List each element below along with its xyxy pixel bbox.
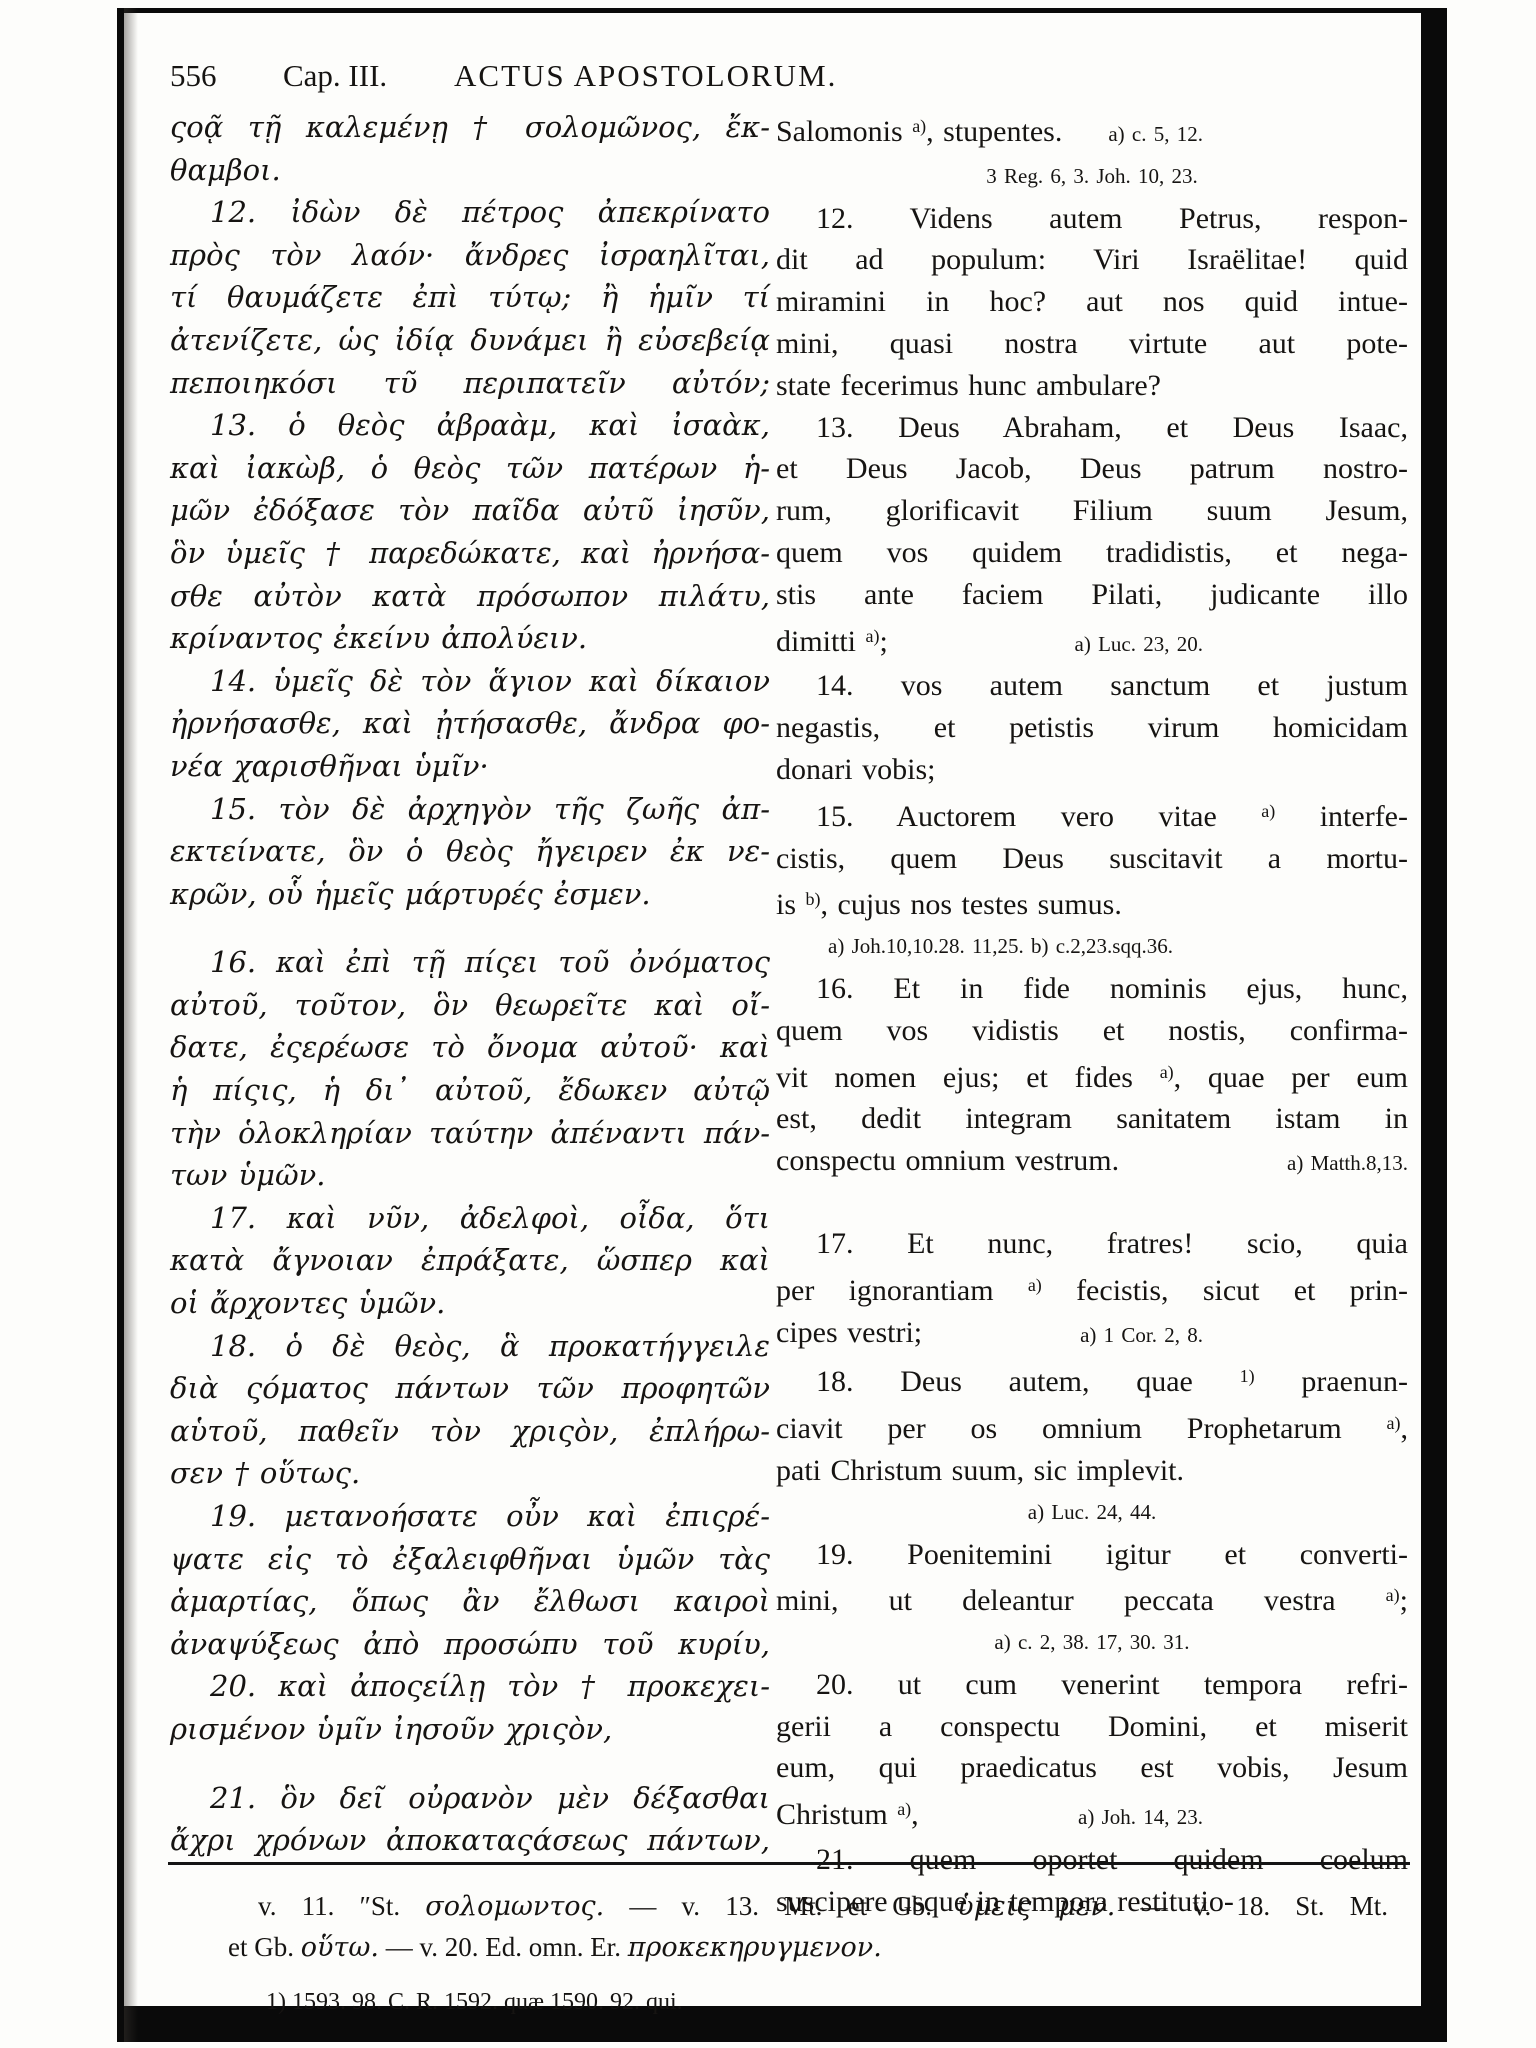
text-line: κρίναντος ἐκείνυ ἀπολύειν. bbox=[170, 617, 770, 660]
apparatus-latin-text: — v. 20. Ed. omn. Er. bbox=[379, 1932, 628, 1962]
text-line: est, dedit integram sanitatem istam in bbox=[776, 1098, 1408, 1140]
text-line: 13. Deus Abraham, et Deus Isaac, bbox=[776, 407, 1408, 449]
text-line: quem vos vidistis et nostis, confirma- bbox=[776, 1010, 1408, 1052]
footnote-marker: a) bbox=[1160, 1062, 1174, 1082]
text-line: τί θαυμάζετε ἐπὶ τύτῳ; ἢ ἡμῖν τί bbox=[170, 276, 770, 319]
text-line: 16. καὶ ἐπὶ τῇ πίςει τοῦ ὀνόματος bbox=[170, 941, 770, 984]
text-line: 12. Videns autem Petrus, respon- bbox=[776, 198, 1408, 240]
text-line: 19. Poenitemini igitur et converti- bbox=[776, 1534, 1408, 1576]
text-line: mini, ut deleantur peccata vestra a); bbox=[776, 1575, 1408, 1622]
apparatus-line: et Gb. οὕτω. — v. 20. Ed. omn. Er. προκε… bbox=[228, 1927, 1388, 1968]
text-line: διὰ ςόματος πάντων τῶν προφητῶν bbox=[170, 1367, 770, 1410]
verse-ref-note: a) Luc. 23, 20. bbox=[1075, 624, 1203, 666]
text-line: καὶ ἰακὼβ, ὁ θεὸς τῶν πατέρων ἡ- bbox=[170, 447, 770, 490]
text-line: μῶν ἐδόξασε τὸν παῖδα αὐτῦ ἰησῦν, bbox=[170, 489, 770, 532]
text-line: 20. καὶ ἀποςείλῃ τὸν † προκεχει- bbox=[170, 1665, 770, 1708]
text-line: conspectu omnium vestrum.a) Matth.8,13. bbox=[776, 1140, 1408, 1185]
footnote-marker: a) bbox=[866, 626, 880, 646]
apparatus-latin-text: v. 11. ″St. bbox=[258, 1891, 425, 1921]
text-line: 17. Et nunc, fratres! scio, quia bbox=[776, 1223, 1408, 1265]
text-line: ἡ πίςις, ἡ δι᾽ αὐτοῦ, ἔδωκεν αὐτῷ bbox=[170, 1069, 770, 1112]
text-line: πρὸς τὸν λαόν· ἄνδρες ἰσραηλῖται, bbox=[170, 234, 770, 277]
footnote-marker: a) bbox=[1028, 1275, 1042, 1295]
text-line: ἄχρι χρόνων ἀποκαταςάσεως πάντων, bbox=[170, 1819, 770, 1862]
verse-text: Salomonis a), stupentes. bbox=[776, 106, 1062, 153]
text-line: a) c. 2, 38. 17, 30. 31. bbox=[776, 1622, 1408, 1664]
footnote-marker: a) bbox=[897, 1799, 911, 1819]
text-line: cistis, quem Deus suscitavit a mortu- bbox=[776, 838, 1408, 880]
text-line: κατὰ ἄγνοιαν ἐπράξατε, ὥσπερ καὶ bbox=[170, 1239, 770, 1282]
text-line: 16. Et in fide nominis ejus, hunc, bbox=[776, 968, 1408, 1010]
text-line: σθε αὐτὸν κατὰ πρόσωπον πιλάτυ, bbox=[170, 575, 770, 618]
text-line: eum, qui praedicatus est vobis, Jesum bbox=[776, 1747, 1408, 1789]
footnote-marker: a) bbox=[1387, 1413, 1401, 1433]
footnote-marker: a) bbox=[912, 116, 926, 136]
text-line: 18. ὁ δὲ θεὸς, ἃ προκατήγγειλε bbox=[170, 1325, 770, 1368]
text-line: 21. ὃν δεῖ οὐρανὸν μὲν δέξασθαι bbox=[170, 1777, 770, 1820]
text-line: 15. τὸν δὲ ἀρχηγὸν τῆς ζωῆς ἀπ- bbox=[170, 788, 770, 831]
text-line: is b), cujus nos testes sumus. bbox=[776, 879, 1408, 926]
text-line: state fecerimus hunc ambulare? bbox=[776, 365, 1408, 407]
scan-border-right bbox=[1421, 8, 1447, 2042]
text-line: a) Joh.10,10.28. 11,25. b) c.2,23.sqq.36… bbox=[776, 926, 1408, 968]
text-line: των ὑμῶν. bbox=[170, 1154, 770, 1197]
text-line: quem vos quidem tradidistis, et nega- bbox=[776, 532, 1408, 574]
text-line: negastis, et petistis virum homicidam bbox=[776, 707, 1408, 749]
text-line: 21. quem oportet quidem coelum bbox=[776, 1839, 1408, 1881]
verse-ref-note: a) Joh. 14, 23. bbox=[1078, 1797, 1203, 1839]
footnote-marker: a) bbox=[1261, 801, 1275, 821]
text-line: Salomonis a), stupentes.a) c. 5, 12. bbox=[776, 106, 1408, 156]
apparatus-line: v. 11. ″St. σολομωντος. — v. 13. Mt. et … bbox=[228, 1886, 1388, 1927]
text-line: ρισμένον ὑμῖν ἰησοῦν χριςὸν, bbox=[170, 1708, 770, 1751]
text-line: 17. καὶ νῦν, ἀδελφοὶ, οἶδα, ὅτι bbox=[170, 1197, 770, 1240]
text-line: σεν † οὕτως. bbox=[170, 1452, 770, 1495]
text-line: mini, quasi nostra virtute aut pote- bbox=[776, 323, 1408, 365]
verse-ref-note: a) Matth.8,13. bbox=[1287, 1143, 1408, 1185]
text-line: Christum a),a) Joh. 14, 23. bbox=[776, 1789, 1408, 1839]
greek-column: ςοᾷ τῇ καλεμένῃ † σολομῶνος, ἔκ-θαμβοι.1… bbox=[170, 106, 770, 1862]
verse-ref-note: a) c. 5, 12. bbox=[1108, 114, 1203, 156]
running-title: ACTUS APOSTOLORUM. bbox=[454, 58, 837, 94]
scan-border-left bbox=[117, 8, 124, 2042]
footnote-rule bbox=[168, 1862, 1410, 1865]
footnote-marker: a) bbox=[1386, 1585, 1400, 1605]
text-line: ἀτενίζετε, ὡς ἰδίᾳ δυνάμει ἢ εὐσεβείᾳ bbox=[170, 319, 770, 362]
text-line: 18. Deus autem, quae 1) praenun- bbox=[776, 1356, 1408, 1403]
verse-text: dimitti a); bbox=[776, 616, 888, 663]
text-line: donari vobis; bbox=[776, 749, 1408, 791]
critical-apparatus: v. 11. ″St. σολομωντος. — v. 13. Mt. et … bbox=[228, 1886, 1388, 2022]
text-line: αὑτοῦ, παθεῖν τὸν χριςὸν, ἐπλήρω- bbox=[170, 1410, 770, 1453]
footnote-marker: b) bbox=[806, 889, 821, 909]
text-line: πεποιηκόσι τῦ περιπατεῖν αὐτόν; bbox=[170, 362, 770, 405]
footnote-marker: 1) bbox=[1240, 1366, 1255, 1386]
text-line: 20. ut cum venerint tempora refri- bbox=[776, 1664, 1408, 1706]
book-page-scan: 556 Cap. III. ACTUS APOSTOLORUM. ςοᾷ τῇ … bbox=[0, 0, 1536, 2048]
verse-text: Christum a), bbox=[776, 1789, 919, 1836]
apparatus-greek-word: σολομωντος. bbox=[425, 1891, 604, 1922]
text-line: ἁμαρτίας, ὅπως ἂν ἔλθωσι καιροὶ bbox=[170, 1580, 770, 1623]
text-line: per ignorantiam a) fecistis, sicut et pr… bbox=[776, 1265, 1408, 1312]
text-line: κρῶν, οὗ ἡμεῖς μάρτυρές ἐσμεν. bbox=[170, 873, 770, 916]
text-line: 14. vos autem sanctum et justum bbox=[776, 665, 1408, 707]
apparatus-greek-word: ὑμεις μεν. bbox=[957, 1891, 1115, 1922]
text-line: δατε, ἐςερέωσε τὸ ὄνομα αὐτοῦ· καὶ bbox=[170, 1026, 770, 1069]
verse-ref-note: a) 1 Cor. 2, 8. bbox=[1080, 1315, 1203, 1357]
text-line: 15. Auctorem vero vitae a) interfe- bbox=[776, 791, 1408, 838]
text-line: miramini in hoc? aut nos quid intue- bbox=[776, 281, 1408, 323]
text-line: ciavit per os omnium Prophetarum a), bbox=[776, 1403, 1408, 1450]
apparatus-greek-word: προκεκηρυγμενον. bbox=[628, 1932, 882, 1963]
page-header: 556 Cap. III. ACTUS APOSTOLORUM. bbox=[170, 58, 1410, 98]
text-line: αὐτοῦ, τοῦτον, ὃν θεωρεῖτε καὶ οἴ- bbox=[170, 984, 770, 1027]
apparatus-greek-word: οὕτω. bbox=[301, 1932, 379, 1963]
scan-border-top bbox=[117, 8, 1447, 13]
edition-note: 1) 1593. 98. C. R. 1592. quæ 1590. 92. q… bbox=[228, 1982, 1388, 2022]
page-number: 556 bbox=[170, 58, 217, 94]
verse-text: cipes vestri; bbox=[776, 1312, 922, 1354]
text-line: et Deus Jacob, Deus patrum nostro- bbox=[776, 448, 1408, 490]
latin-column: Salomonis a), stupentes.a) c. 5, 12.3 Re… bbox=[776, 106, 1408, 1923]
text-line: εκτείνατε, ὃν ὁ θεὸς ἤγειρεν ἐκ νε- bbox=[170, 830, 770, 873]
apparatus-latin-text: et Gb. bbox=[228, 1932, 301, 1962]
text-line: τὴν ὁλοκληρίαν ταύτην ἀπέναντι πάν- bbox=[170, 1112, 770, 1155]
text-line: ἀναψύξεως ἀπὸ προσώπυ τοῦ κυρίυ, bbox=[170, 1623, 770, 1666]
apparatus-latin-text: — v. 18. St. Mt. bbox=[1115, 1891, 1388, 1921]
text-line: dimitti a);a) Luc. 23, 20. bbox=[776, 616, 1408, 666]
text-line: dit ad populum: Viri Israëlitae! quid bbox=[776, 239, 1408, 281]
text-line: ἠρνήσασθε, καὶ ᾐτήσασθε, ἄνδρα φο- bbox=[170, 702, 770, 745]
chapter-label: Cap. III. bbox=[283, 58, 387, 94]
text-line: ὃν ὑμεῖς † παρεδώκατε, καὶ ἠρνήσα- bbox=[170, 532, 770, 575]
text-line: 13. ὁ θεὸς ἀβραὰμ, καὶ ἰσαὰκ, bbox=[170, 404, 770, 447]
verse-text: conspectu omnium vestrum. bbox=[776, 1140, 1119, 1182]
text-line: pati Christum suum, sic implevit. bbox=[776, 1450, 1408, 1492]
text-line: θαμβοι. bbox=[170, 149, 770, 192]
text-line: ψατε εἰς τὸ ἐξαλειφθῆναι ὑμῶν τὰς bbox=[170, 1538, 770, 1581]
apparatus-latin-text: — v. 13. Mt. et Gb. bbox=[604, 1891, 957, 1921]
text-line: gerii a conspectu Domini, et miserit bbox=[776, 1706, 1408, 1748]
text-line: 19. μετανοήσατε οὖν καὶ ἐπιςρέ- bbox=[170, 1495, 770, 1538]
text-line: vit nomen ejus; et fides a), quae per eu… bbox=[776, 1052, 1408, 1099]
text-line: νέα χαρισθῆναι ὑμῖν· bbox=[170, 745, 770, 788]
text-line: a) Luc. 24, 44. bbox=[776, 1492, 1408, 1534]
scan-gutter-shadow bbox=[124, 8, 138, 2042]
text-line: 12. ἰδὼν δὲ πέτρος ἀπεκρίνατο bbox=[170, 191, 770, 234]
text-line: οἱ ἄρχοντες ὑμῶν. bbox=[170, 1282, 770, 1325]
text-line: 3 Reg. 6, 3. Joh. 10, 23. bbox=[776, 156, 1408, 198]
text-line: ςοᾷ τῇ καλεμένῃ † σολομῶνος, ἔκ- bbox=[170, 106, 770, 149]
text-line: 14. ὑμεῖς δὲ τὸν ἅγιον καὶ δίκαιον bbox=[170, 660, 770, 703]
text-line: cipes vestri;a) 1 Cor. 2, 8. bbox=[776, 1312, 1408, 1357]
text-line: rum, glorificavit Filium suum Jesum, bbox=[776, 490, 1408, 532]
text-line: stis ante faciem Pilati, judicante illo bbox=[776, 574, 1408, 616]
